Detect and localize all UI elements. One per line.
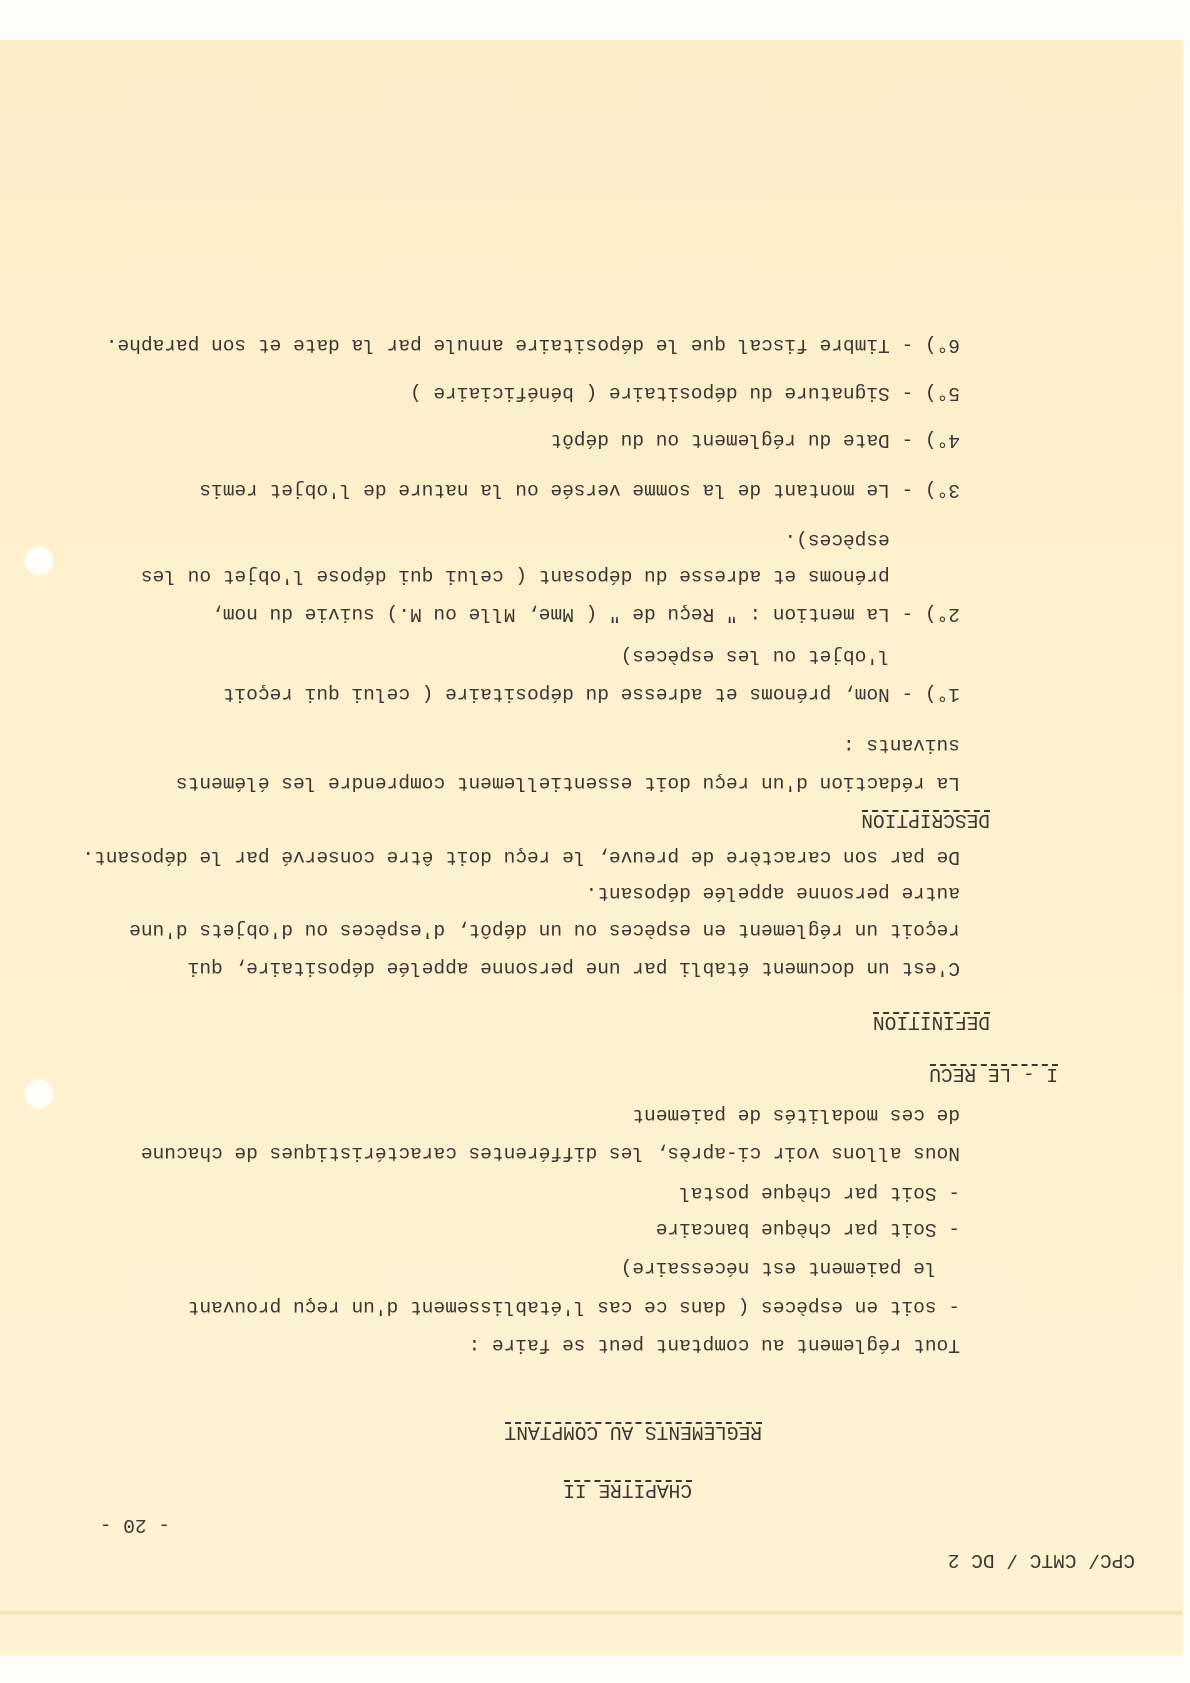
description-line: La rédaction d'un reçu doit essentiellem… <box>176 771 960 795</box>
description-line: suivants : <box>843 733 960 757</box>
intro-closing: de ces modalités de paiement <box>632 1103 960 1127</box>
header-reference: CPC/ CMTC / DC 2 <box>948 1548 1135 1572</box>
intro-item: - soit en espèces ( dans ce cas l'établi… <box>188 1295 960 1319</box>
element-line: 6°) - Timbre fiscal que le dépositaire a… <box>106 333 960 357</box>
definition-line: reçoit un réglement en espèces ou un dép… <box>129 918 960 942</box>
intro-item: - Soit par chèque bancaire <box>656 1217 960 1241</box>
chapter-label: CHAPITRE II <box>563 1478 692 1502</box>
element-line: prénoms et adresse du déposant ( celui q… <box>141 564 960 588</box>
definition-line: autre personne appelée déposant. <box>586 881 960 905</box>
punch-hole <box>25 547 53 575</box>
intro-lead: Tout réglement au comptant peut se faire… <box>469 1333 960 1357</box>
paper-fold-line <box>0 1611 1183 1615</box>
element-line: 3°) - Le montant de la somme versée ou l… <box>199 478 960 502</box>
element-line: 4°) - Date du réglement ou du dépôt <box>550 428 960 452</box>
definition-heading: DEFINITION <box>873 1010 990 1034</box>
scanned-page-rotated: CPC/ CMTC / DC 2 - 20 - CHAPITRE II REGL… <box>0 0 1190 1683</box>
intro-item: - Soit par chèque postal <box>679 1181 960 1205</box>
chapter-title: REGLEMENTS AU COMPTANT <box>505 1420 762 1444</box>
element-line: 5°) - Signature du dépositaire ( bénéfic… <box>410 381 960 405</box>
page-number: - 20 - <box>100 1513 170 1537</box>
element-line: espèces). <box>784 528 960 552</box>
element-line: l'objet ou les espèces) <box>621 644 960 668</box>
intro-closing: Nous allons voir ci-après, les différent… <box>141 1141 960 1165</box>
definition-line: C'est un document établi par une personn… <box>188 956 960 980</box>
definition-line: De par son caractère de preuve, le reçu … <box>82 845 960 869</box>
intro-item: le paiement est nécessaire) <box>621 1256 960 1280</box>
punch-hole <box>25 1080 53 1108</box>
section-title: I - LE RECU <box>929 1062 1058 1086</box>
element-line: 1°) - Nom, prénoms et adresse du déposit… <box>223 682 960 706</box>
description-heading: DESCRIPTION <box>861 808 990 832</box>
element-line: 2°) - La mention : " Reçu de " ( Mme, Ml… <box>211 602 960 626</box>
